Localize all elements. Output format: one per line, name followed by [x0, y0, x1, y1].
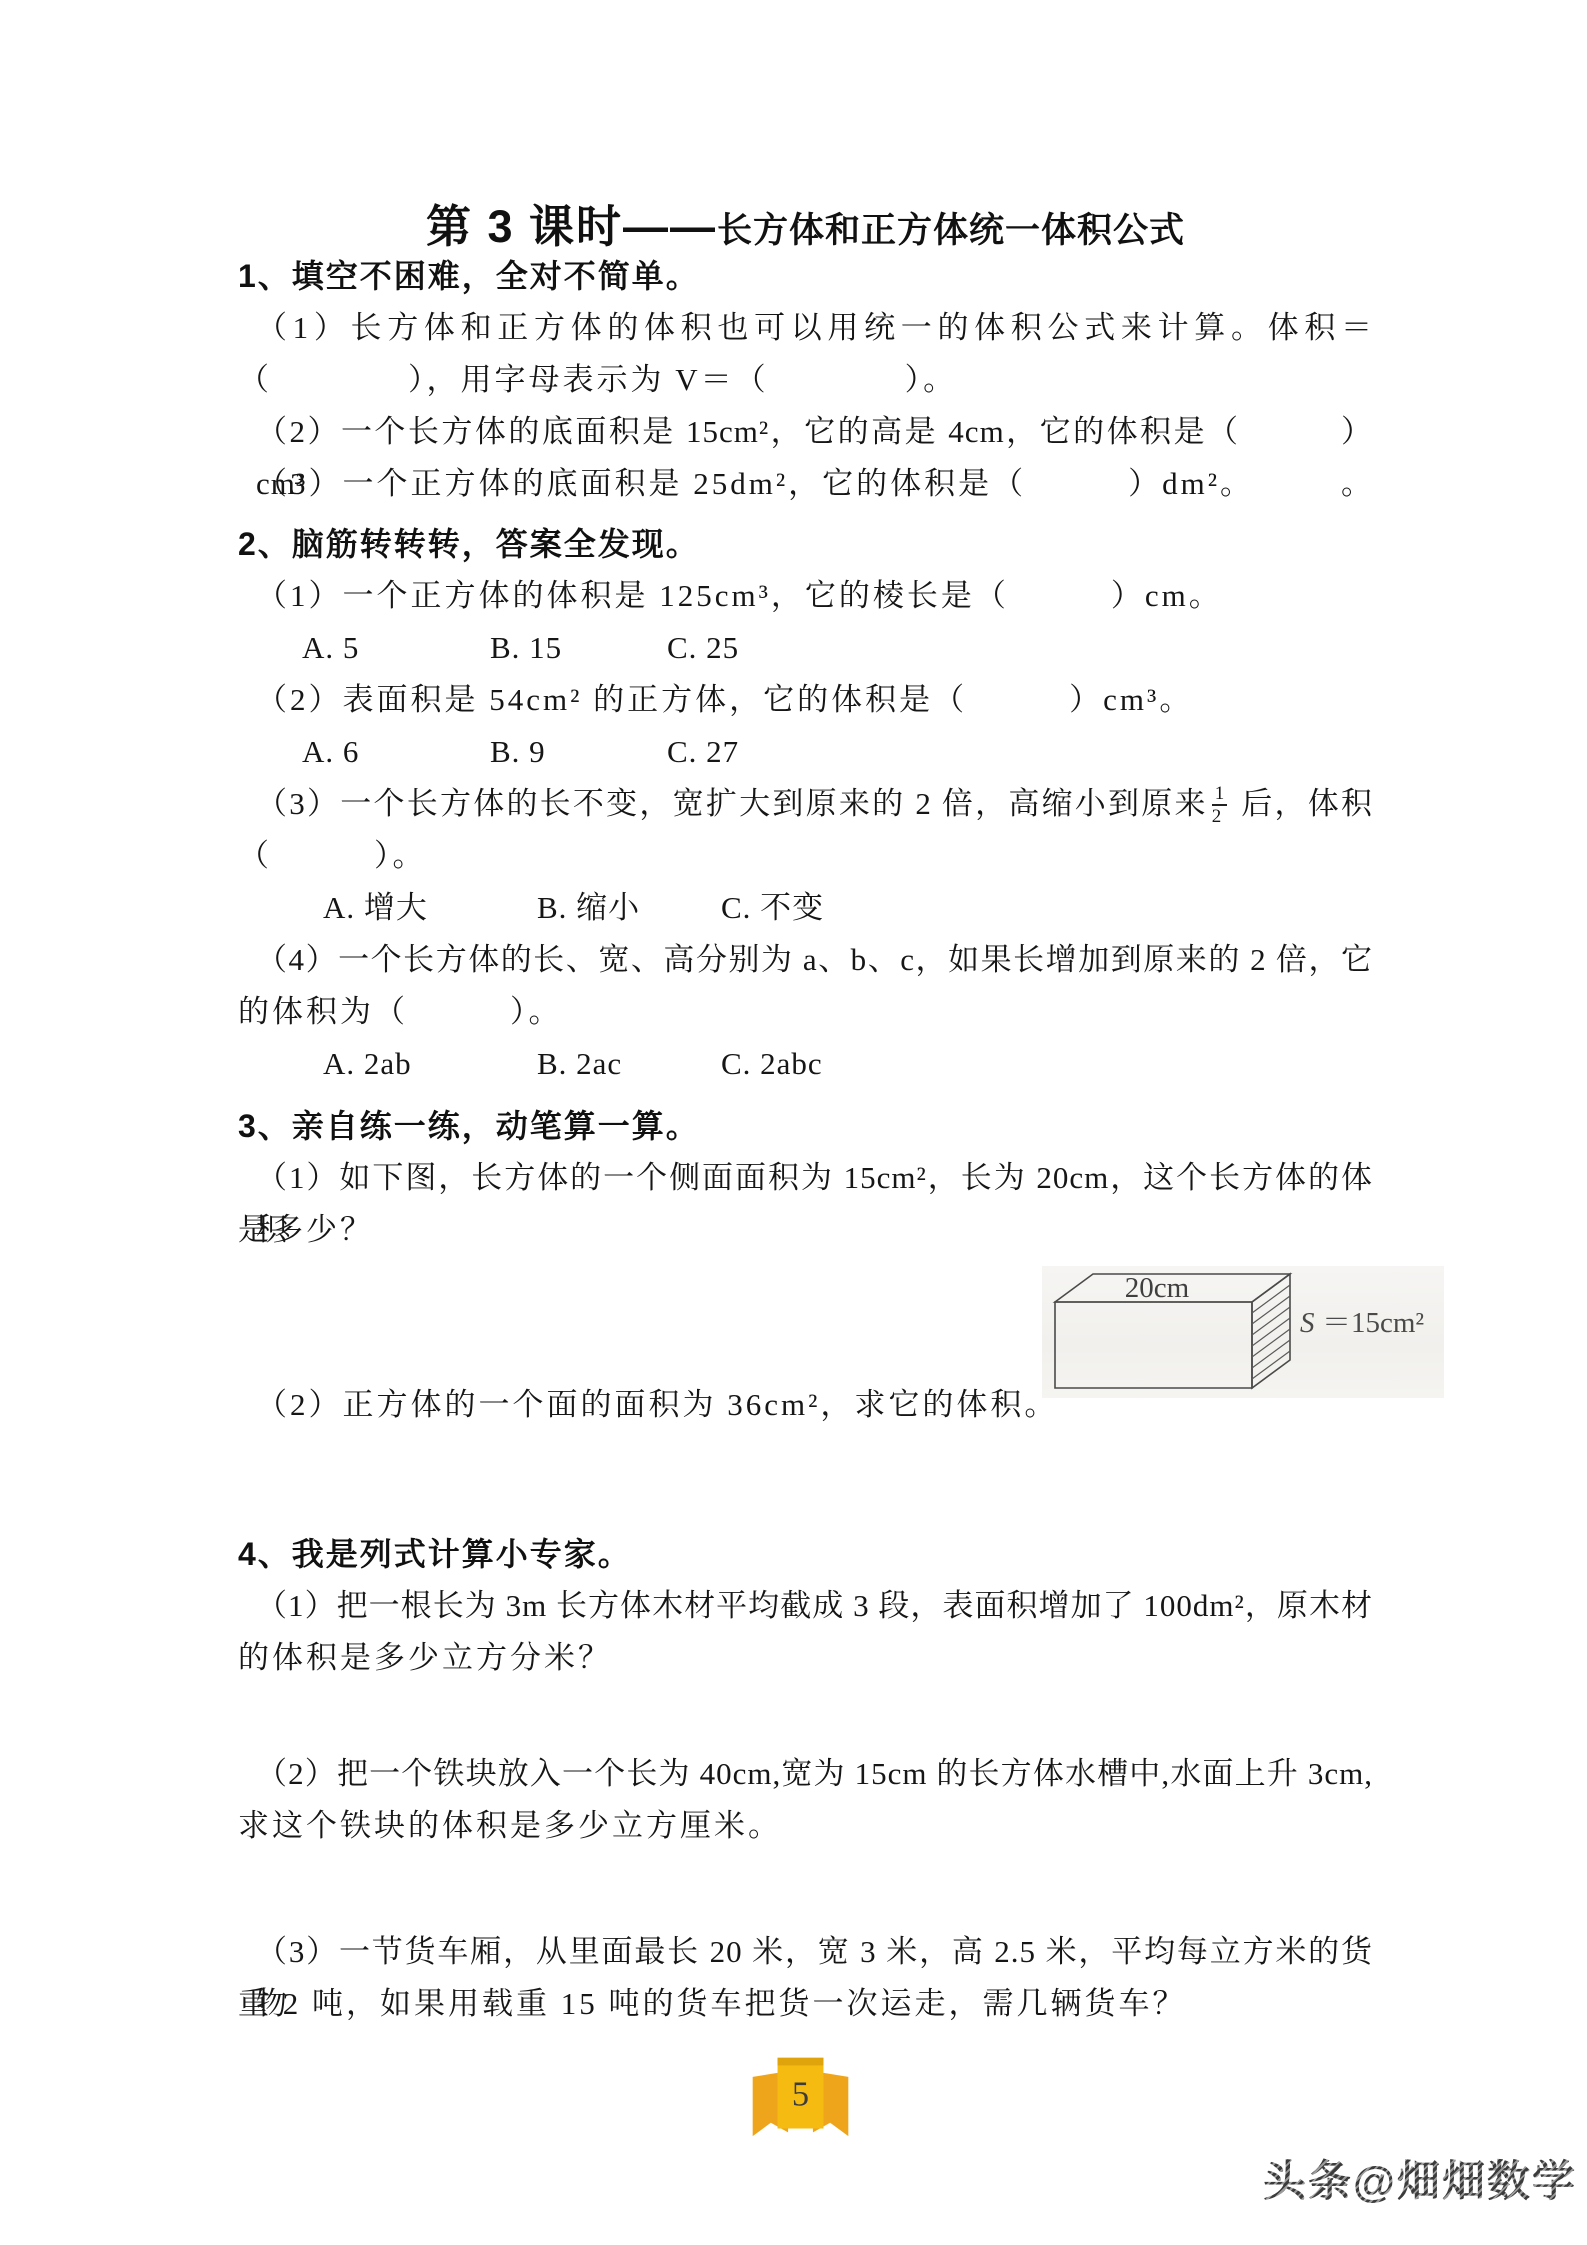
s2-q1-options: A. 5B. 15C. 25 — [238, 622, 1373, 674]
s2-q3-text-before-fraction: （3）一个长方体的长不变，宽扩大到原来的 2 倍，高缩小到原来 — [256, 786, 1208, 821]
section-3-heading: 3、亲自练一练，动笔算一算。 — [238, 1100, 1373, 1152]
ribbon-top-fold — [778, 2058, 824, 2066]
section-1-heading: 1、填空不困难，全对不简单。 — [238, 250, 1373, 302]
s1-q1-line-1: （1）长方体和正方体的体积也可以用统一的体积公式来计算。体积＝ — [238, 302, 1373, 354]
s3-q1-line-1: （1）如下图，长方体的一个侧面面积为 15cm²，长为 20cm，这个长方体的体… — [238, 1152, 1373, 1204]
option-b: B. 9 — [490, 726, 667, 778]
s2-q4-line-1: （4）一个长方体的长、宽、高分别为 a、b、c，如果长增加到原来的 2 倍，它 — [238, 934, 1373, 986]
option-c: C. 25 — [667, 630, 739, 665]
option-a: A. 增大 — [323, 882, 537, 934]
s2-q4-options: A. 2abB. 2acC. 2abc — [238, 1038, 1373, 1090]
s1-q3-line: （3）一个正方体的底面积是 25dm²，它的体积是（ ）dm²。 — [238, 458, 1373, 510]
s1-q1-line-2: （ ），用字母表示为 V＝（ ）。 — [238, 354, 1373, 406]
s4-q2-line-1: （2）把一个铁块放入一个长为 40cm,宽为 15cm 的长方体水槽中,水面上升… — [238, 1748, 1373, 1800]
s2-q4-line-2: 的体积为（ ）。 — [238, 986, 1373, 1038]
s4-q3-line-1: （3）一节货车厢，从里面最长 20 米，宽 3 米，高 2.5 米，平均每立方米… — [238, 1926, 1373, 1978]
fraction-one-half: 12 — [1212, 784, 1228, 827]
option-a: A. 5 — [302, 622, 490, 674]
s4-q1-line-1: （1）把一根长为 3m 长方体木材平均截成 3 段，表面积增加了 100dm²，… — [238, 1580, 1373, 1632]
watermark-text: 头条@畑畑数学 — [1263, 2148, 1577, 2209]
length-label: 20cm — [1125, 1272, 1190, 1304]
page-title: 第 3 课时——长方体和正方体统一体积公式 — [238, 190, 1373, 255]
title-topic: 长方体和正方体统一体积公式 — [717, 211, 1185, 250]
option-b: B. 缩小 — [537, 882, 721, 934]
s2-q3-options: A. 增大B. 缩小C. 不变 — [238, 882, 1373, 934]
s2-q3-line-2: （ ）。 — [238, 830, 1373, 882]
s2-q3-line-1: （3）一个长方体的长不变，宽扩大到原来的 2 倍，高缩小到原来12 后，体积 — [238, 778, 1373, 830]
s2-q3-text-after-fraction: 后，体积 — [1231, 786, 1373, 821]
section-4-word-problems: 4、我是列式计算小专家。 （1）把一根长为 3m 长方体木材平均截成 3 段，表… — [238, 1528, 1373, 2030]
option-a: A. 2ab — [323, 1038, 537, 1090]
worksheet-page: 第 3 课时——长方体和正方体统一体积公式 1、填空不困难，全对不简单。 （1）… — [0, 0, 1587, 2245]
section-1-fill-blanks: 1、填空不困难，全对不简单。 （1）长方体和正方体的体积也可以用统一的体积公式来… — [238, 250, 1373, 510]
s2-q1-line: （1）一个正方体的体积是 125cm³，它的棱长是（ ）cm。 — [238, 570, 1373, 622]
title-lesson-number: 第 3 课时—— — [426, 201, 717, 252]
s2-q2-options: A. 6B. 9C. 27 — [238, 726, 1373, 778]
page-number: 5 — [792, 2076, 809, 2114]
area-label-symbol: S — [1300, 1307, 1315, 1339]
s3-q1-line-2: 是多少？ — [238, 1204, 1373, 1256]
option-a: A. 6 — [302, 726, 490, 778]
option-b: B. 15 — [490, 622, 667, 674]
section-4-heading: 4、我是列式计算小专家。 — [238, 1528, 1373, 1580]
page-number-ribbon: 5 — [743, 2052, 858, 2140]
cuboid-diagram: 20cm S ＝15cm² — [1042, 1266, 1444, 1398]
option-c: C. 2abc — [721, 1046, 823, 1081]
s4-q2-line-2: 求这个铁块的体积是多少立方厘米。 — [238, 1800, 1373, 1852]
option-c: C. 27 — [667, 734, 739, 769]
s2-q2-line: （2）表面积是 54cm² 的正方体，它的体积是（ ）cm³。 — [238, 674, 1373, 726]
fraction-denominator: 2 — [1212, 806, 1228, 826]
area-label-value: ＝15cm² — [1322, 1307, 1424, 1339]
s4-q1-line-2: 的体积是多少立方分米？ — [238, 1632, 1373, 1684]
s1-q2-line: （2）一个长方体的底面积是 15cm²，它的高是 4cm，它的体积是（ ）cm³… — [238, 406, 1373, 458]
fraction-numerator: 1 — [1212, 784, 1228, 806]
section-2-multiple-choice: 2、脑筋转转转，答案全发现。 （1）一个正方体的体积是 125cm³，它的棱长是… — [238, 518, 1373, 1090]
s4-q3-line-2: 重 2 吨，如果用载重 15 吨的货车把货一次运走，需几辆货车？ — [238, 1978, 1373, 2030]
option-c: C. 不变 — [721, 890, 824, 925]
section-2-heading: 2、脑筋转转转，答案全发现。 — [238, 518, 1373, 570]
cuboid-front-face — [1055, 1302, 1252, 1388]
option-b: B. 2ac — [537, 1038, 721, 1090]
